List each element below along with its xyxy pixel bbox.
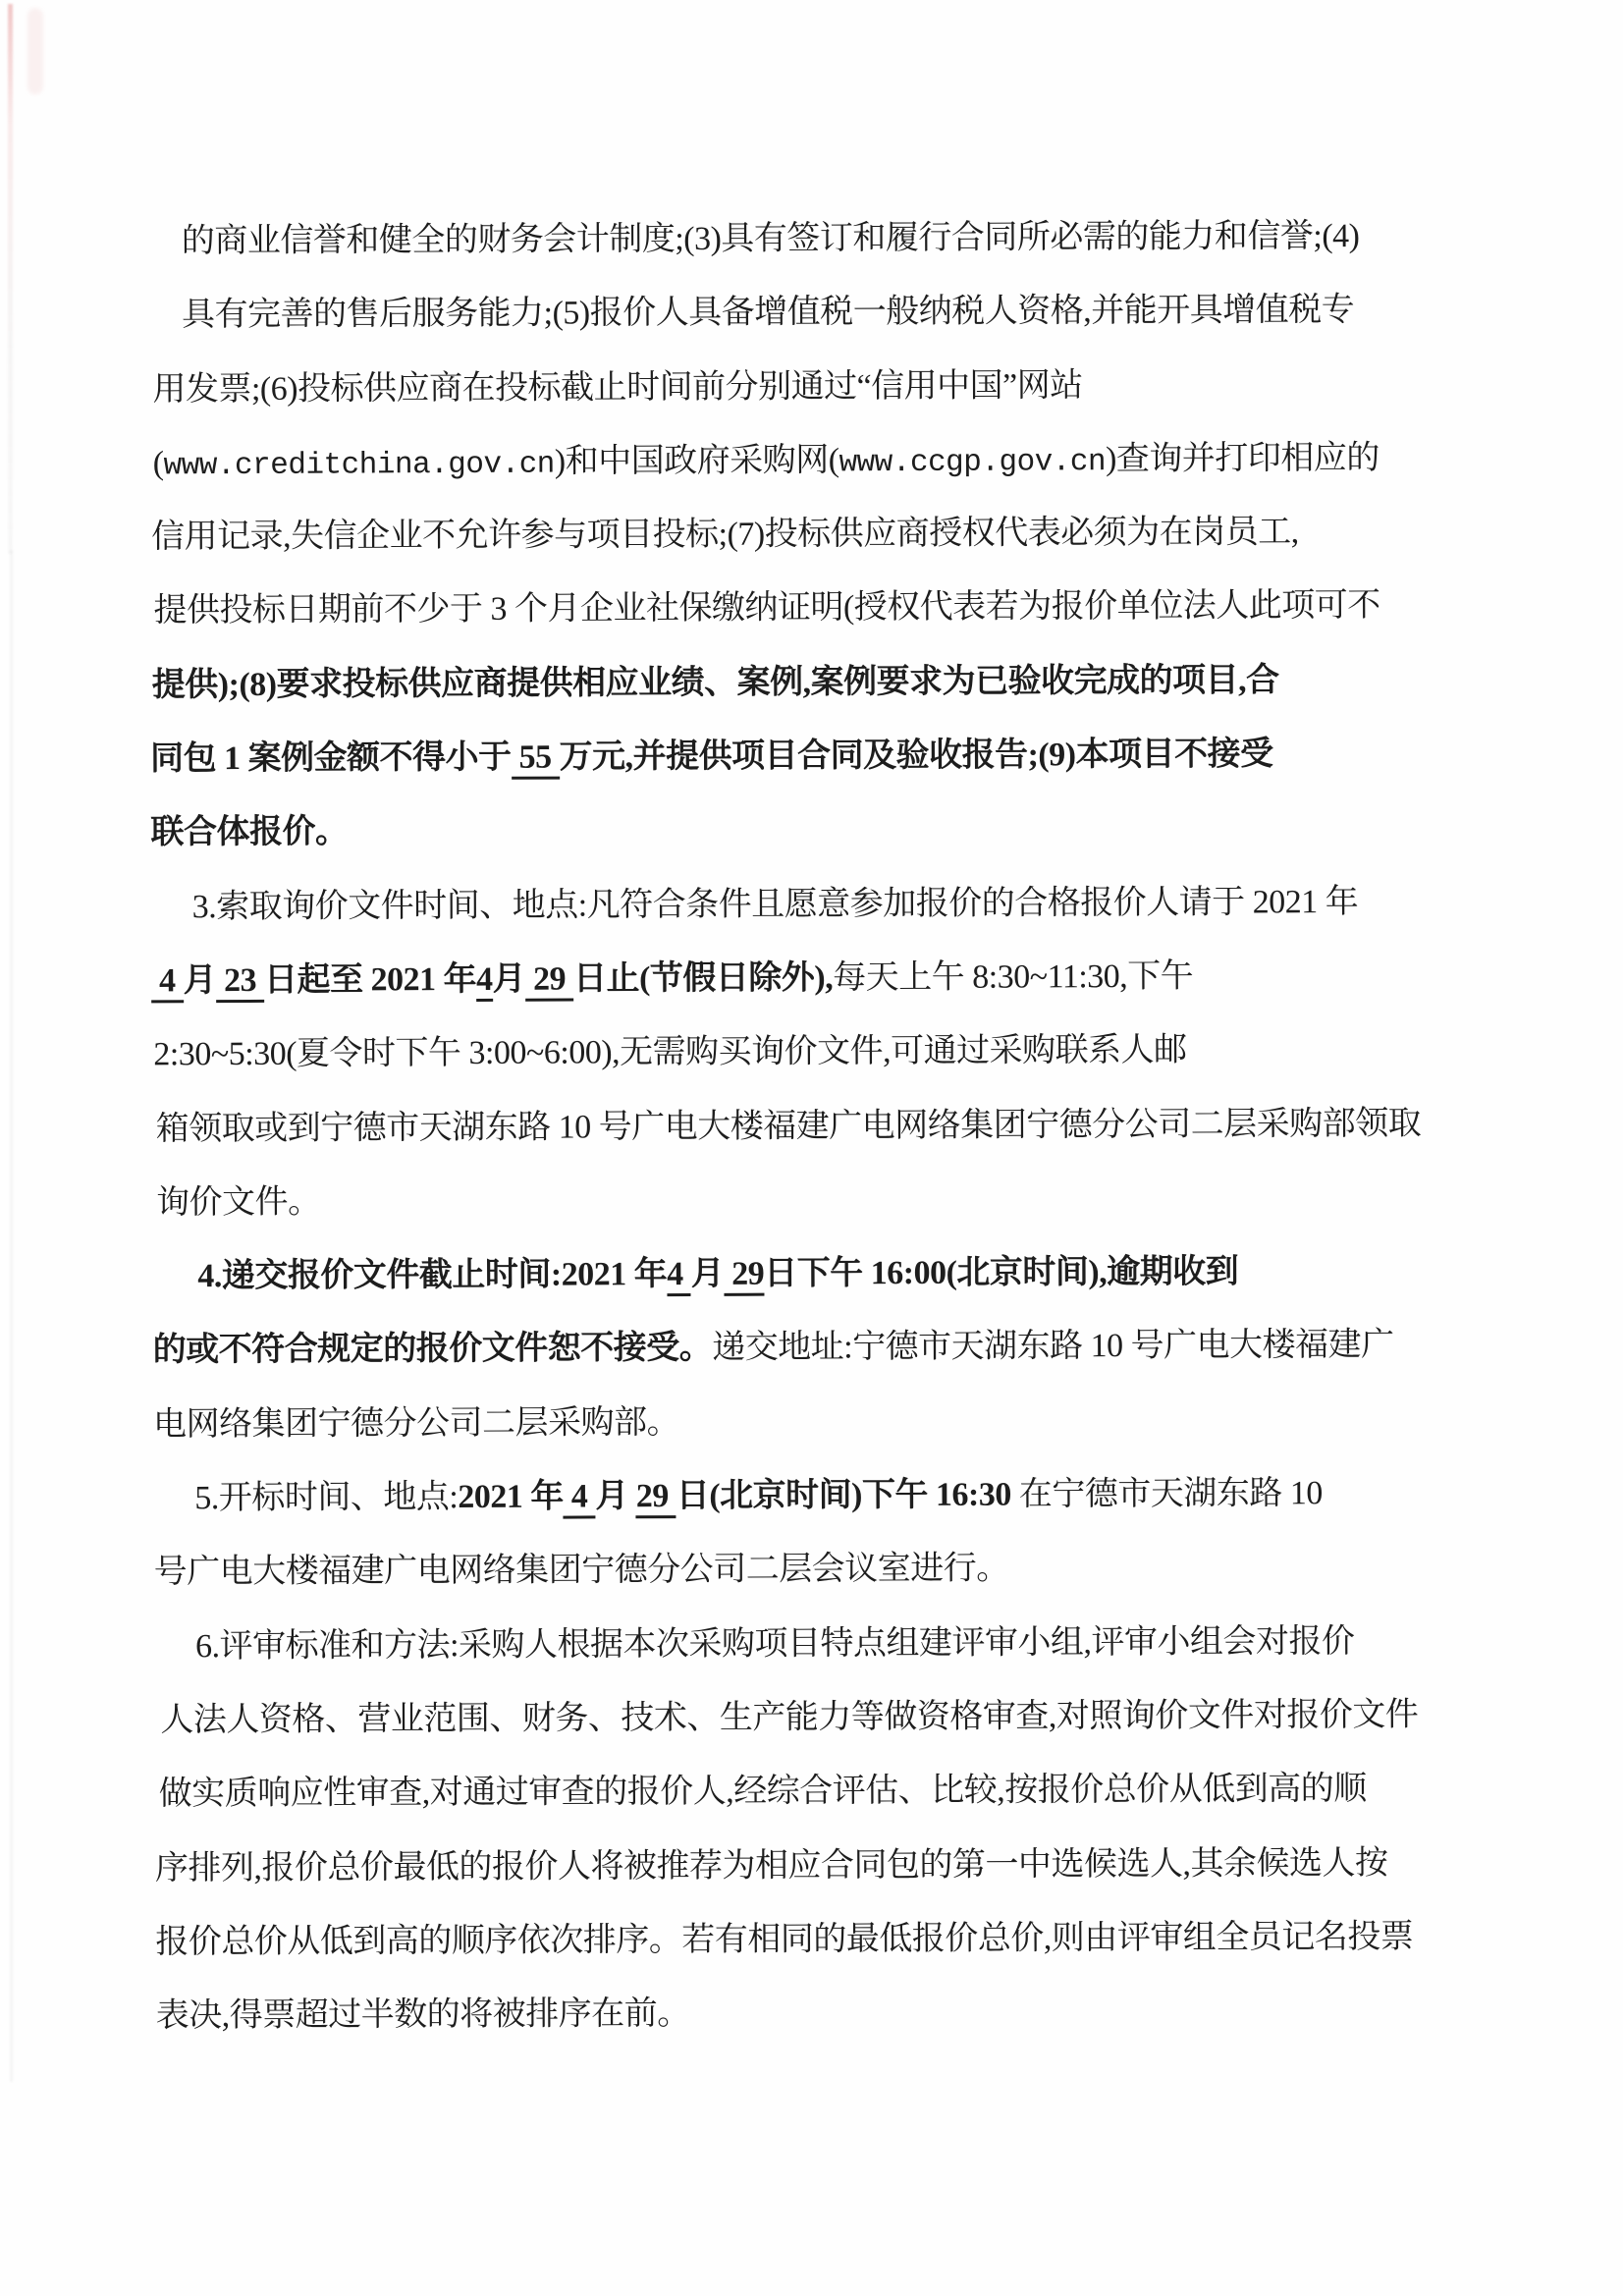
text-segment: 序排列,报价总价最低的报价人将被推荐为相应合同包的第一中选候选人,其余候选人按	[155, 1844, 1388, 1886]
text-segment: 4	[476, 961, 493, 1002]
document-line: 人法人资格、营业范围、财务、技术、生产能力等做资格审查,对照询价文件对报价文件	[154, 1677, 1494, 1757]
document-line: 报价总价从低到高的顺序依次排序。若有相同的最低报价总价,则由评审组全员记名投票	[155, 1899, 1495, 1979]
text-segment: 29	[525, 960, 573, 1001]
document-page: 的商业信誉和健全的财务会计制度;(3)具有签订和履行合同所必需的能力和信誉;(4…	[0, 0, 1623, 2296]
text-segment: 联合体报价。	[150, 814, 348, 851]
text-segment: 做实质响应性审查,对通过审查的报价人,经综合评估、比较,按报价总价从低到高的顺	[159, 1771, 1367, 1812]
document-line: 箱领取或到宁德市天湖东路 10 号广电大楼福建广电网络集团宁德分公司二层采购部领…	[152, 1086, 1492, 1166]
text-segment: 提供);(8)要求投标供应商提供相应业绩、案例,案例要求为已验收完成的项目,合	[152, 662, 1279, 703]
document-line: 表决,得票超过半数的将被排序在前。	[155, 1974, 1495, 2053]
text-segment: 号广电大楼福建广电网络集团宁德分公司二层会议室进行。	[154, 1551, 1009, 1591]
text-segment: 用发票;(6)投标供应商在投标截止时间前分别通过“信用中国”网站	[152, 367, 1082, 408]
text-segment: 日起至 2021 年	[264, 961, 476, 999]
text-segment: 日下午 16:00(北京时间),	[764, 1254, 1107, 1292]
document-line: 5.开标时间、地点:2021 年 4 月 29 日(北京时间)下午 16:30 …	[153, 1455, 1493, 1535]
text-segment: 表决,得票超过半数的将被排序在前。	[156, 1995, 690, 2034]
text-segment: (	[153, 445, 164, 481]
text-segment: )和中国政府采购网(	[555, 442, 839, 479]
text-segment: 月	[492, 961, 525, 998]
document-line: (www.creditchina.gov.cn)和中国政府采购网(www.ccg…	[149, 420, 1489, 500]
document-line: 3.索取询价文件时间、地点:凡符合条件且愿意参加报价的合格报价人请于 2021 …	[151, 864, 1491, 944]
text-segment: )查询并打印相应的	[1106, 440, 1380, 477]
scanned-document: { "page": { "background": "#ffffff", "in…	[0, 0, 1623, 2296]
text-segment: www.ccgp.gov.cn	[839, 445, 1106, 480]
scan-smudge-artifact	[27, 8, 43, 94]
text-segment: 29	[636, 1478, 676, 1518]
text-segment: 人法人资格、营业范围、财务、技术、生产能力等做资格审查,对照询价文件对报价文件	[160, 1697, 1418, 1739]
text-segment: 每天上午 8:30~11:30,下午	[833, 958, 1193, 997]
document-line: 4 月 23 日起至 2021 年4月 29 日止(节假日除外),每天上午 8:…	[151, 938, 1491, 1017]
text-segment: 万元,并提供项目合同及验收报告;(9)本项目不接受	[559, 736, 1272, 775]
text-segment: www.creditchina.gov.cn	[164, 447, 555, 483]
document-line: 做实质响应性审查,对通过审查的报价人,经综合评估、比较,按报价总价从低到高的顺	[155, 1752, 1495, 1831]
text-segment: 日(北京时间)下午 16:30	[676, 1477, 1019, 1515]
text-segment: 4	[564, 1478, 596, 1518]
text-segment: 4.递交报价文件截止时间:2021 年	[197, 1256, 667, 1294]
document-line: 4.递交报价文件截止时间:2021 年4 月 29日下午 16:00(北京时间)…	[152, 1234, 1492, 1314]
document-line: 的商业信誉和健全的财务会计制度;(3)具有签订和履行合同所必需的能力和信誉;(4…	[148, 198, 1488, 278]
text-segment: 日止(节假日除外),	[573, 959, 833, 997]
text-segment: 的或不符合规定的报价文件恕不接受。	[153, 1330, 713, 1368]
text-segment: 23	[216, 962, 264, 1003]
text-segment: 询价文件。	[156, 1184, 321, 1222]
document-line: 提供);(8)要求投标供应商提供相应业绩、案例,案例要求为已验收完成的项目,合	[150, 642, 1490, 722]
scan-streak-artifact-lower	[10, 550, 13, 2082]
text-segment: 递交地址:宁德市天湖东路 10 号广电大楼福建广	[712, 1327, 1394, 1366]
text-segment: 箱领取或到宁德市天湖东路 10 号广电大楼福建广电网络集团宁德分公司二层采购部领…	[156, 1105, 1422, 1147]
document-line: 提供投标日期前不少于 3 个月企业社保缴纳证明(授权代表若为报价单位法人此项可不	[149, 569, 1489, 648]
text-segment: 月	[691, 1256, 725, 1292]
document-line: 询价文件。	[152, 1160, 1492, 1239]
document-line: 同包 1 案例金额不得小于 55 万元,并提供项目合同及验收报告;(9)本项目不…	[150, 717, 1490, 796]
document-line: 用发票;(6)投标供应商在投标截止时间前分别通过“信用中国”网站	[148, 347, 1488, 426]
document-line: 具有完善的售后服务能力;(5)报价人具备增值税一般纳税人资格,并能开具增值税专	[148, 273, 1488, 353]
text-segment: 逾期收到	[1107, 1254, 1238, 1291]
document-line: 联合体报价。	[150, 791, 1490, 870]
document-line: 电网络集团宁德分公司二层采购部。	[153, 1382, 1493, 1461]
text-segment: 2021 年	[458, 1479, 564, 1515]
text-segment: 电网络集团宁德分公司二层采购部。	[153, 1404, 679, 1443]
scan-streak-artifact	[8, 4, 13, 554]
text-segment: 3.索取询价文件时间、地点:凡符合条件且愿意参加报价的合格报价人请于 2021 …	[192, 884, 1359, 925]
text-segment: 5.开标时间、地点:	[194, 1479, 458, 1516]
text-segment: 具有完善的售后服务能力;(5)报价人具备增值税一般纳税人资格,并能开具增值税专	[182, 292, 1354, 333]
text-segment: 在宁德市天湖东路 10	[1019, 1475, 1323, 1512]
text-segment: 6.评审标准和方法:采购人根据本次采购项目特点组建评审小组,评审小组会对报价	[195, 1623, 1355, 1665]
document-lines: 的商业信誉和健全的财务会计制度;(3)具有签订和履行合同所必需的能力和信誉;(4…	[148, 198, 1496, 2052]
document-line: 的或不符合规定的报价文件恕不接受。递交地址:宁德市天湖东路 10 号广电大楼福建…	[153, 1308, 1493, 1388]
document-line: 序排列,报价总价最低的报价人将被推荐为相应合同包的第一中选候选人,其余候选人按	[155, 1826, 1495, 1905]
text-segment: 4	[151, 962, 184, 1003]
document-line: 信用记录,失信企业不允许参与项目投标;(7)投标供应商授权代表必须为在岗员工,	[149, 495, 1489, 574]
text-segment: 29	[724, 1256, 764, 1296]
document-line: 号广电大楼福建广电网络集团宁德分公司二层会议室进行。	[154, 1530, 1494, 1610]
text-segment: 月	[183, 962, 216, 999]
text-segment: 月	[595, 1478, 636, 1514]
text-segment: 2:30~5:30(夏令时下午 3:00~6:00),无需购买询价文件,可通过采…	[153, 1032, 1186, 1073]
text-segment: 提供投标日期前不少于 3 个月企业社保缴纳证明(授权代表若为报价单位法人此项可不	[153, 587, 1380, 629]
text-segment: 同包 1 案例金额不得小于	[150, 739, 512, 778]
text-segment: 55	[511, 739, 559, 780]
text-segment: 报价总价从低到高的顺序依次排序。若有相同的最低报价总价,则由评审组全员记名投票	[155, 1919, 1413, 1961]
text-segment: 4	[667, 1256, 691, 1296]
text-segment: 的商业信誉和健全的财务会计制度;(3)具有签订和履行合同所必需的能力和信誉;(4…	[182, 218, 1360, 259]
document-line: 2:30~5:30(夏令时下午 3:00~6:00),无需购买询价文件,可通过采…	[151, 1012, 1491, 1092]
document-line: 6.评审标准和方法:采购人根据本次采购项目特点组建评审小组,评审小组会对报价	[154, 1604, 1494, 1683]
text-segment: 信用记录,失信企业不允许参与项目投标;(7)投标供应商授权代表必须为在岗员工,	[151, 514, 1299, 555]
